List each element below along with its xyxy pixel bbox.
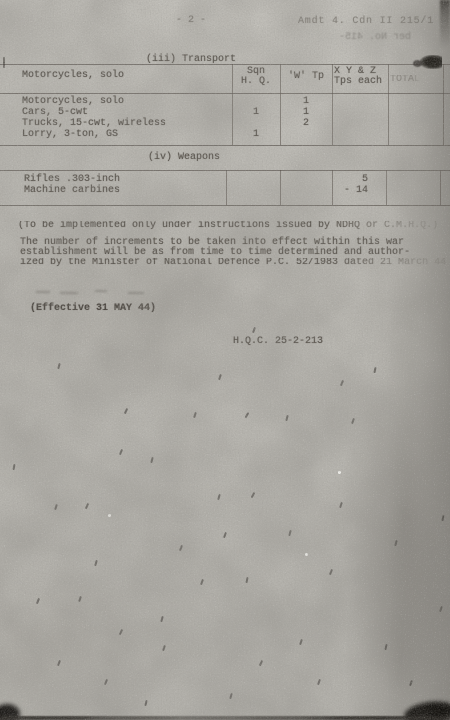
- scan-speck: [12, 464, 15, 470]
- scan-speck: [179, 545, 183, 551]
- column-header-w-tp: 'W' Tp: [280, 72, 332, 82]
- scan-fleck: [338, 471, 341, 474]
- scan-speck: [57, 660, 61, 666]
- table-row: Lorry, 3-ton, GS 1: [0, 130, 450, 141]
- file-reference: H.Q.C. 25-2-213: [233, 337, 323, 347]
- bleedthrough-smudge: [95, 290, 107, 292]
- scan-speck: [57, 363, 60, 369]
- cell-w-tp: 2: [280, 119, 332, 129]
- scan-speck: [299, 639, 302, 645]
- scan-speck: [124, 408, 128, 414]
- table-rule: [0, 64, 450, 65]
- cell-sqn-hq: 1: [232, 108, 280, 118]
- edge-shadow: [440, 0, 450, 48]
- scan-speck: [200, 579, 204, 585]
- increments-paragraph-line: establishment will be as from time to ti…: [20, 248, 410, 258]
- scan-speck: [36, 598, 40, 604]
- scan-speck: [373, 367, 376, 373]
- bleedthrough-smudge: [128, 292, 144, 294]
- scan-speck: [193, 412, 196, 418]
- scan-speck: [351, 418, 355, 424]
- table-rule: [0, 205, 450, 206]
- bleedthrough-smudge: [60, 292, 78, 294]
- bleedthrough-smudge: [36, 291, 50, 293]
- ink-blot: [420, 55, 442, 69]
- scan-speck: [259, 660, 263, 666]
- cell-item: Lorry, 3-ton, GS: [22, 130, 118, 140]
- page-number: - 2 -: [176, 16, 206, 26]
- scan-speck: [144, 700, 147, 706]
- table-rule: [0, 93, 450, 94]
- scan-speck: [217, 494, 220, 500]
- scan-speck: [223, 532, 227, 538]
- scan-speck: [85, 503, 89, 509]
- scan-speck: [288, 530, 291, 536]
- scan-speck: [329, 569, 333, 575]
- scan-speck: [119, 629, 123, 635]
- cell-item: Rifles .303-inch: [24, 175, 120, 185]
- scan-speck: [251, 492, 255, 498]
- scan-speck: [104, 679, 108, 685]
- scan-speck: [339, 502, 342, 508]
- edge-shadow: [0, 716, 450, 720]
- column-header-item: Motorcycles, solo: [22, 71, 124, 81]
- scan-speck: [245, 412, 249, 418]
- scan-speck: [229, 693, 232, 699]
- column-header-xyz-tps: Tps each: [334, 77, 382, 87]
- scan-speck: [160, 616, 163, 622]
- cell-item: Cars, 5-cwt: [22, 108, 88, 118]
- increments-paragraph-line: ized by the Minister of National Defence…: [20, 258, 446, 268]
- column-header-total: TOTAL: [390, 75, 420, 85]
- scanned-document-page: - 2 - Amdt 4. Cdn II 215/1 ber No. 415- …: [0, 0, 450, 720]
- column-header-sqn-hq: H. Q.: [232, 77, 280, 87]
- scan-speck: [245, 577, 248, 583]
- table-rule: [0, 145, 450, 146]
- cell-item: Motorcycles, solo: [22, 97, 124, 107]
- scan-speck: [78, 596, 81, 602]
- scan-speck: [441, 515, 444, 521]
- cell-item: Machine carbines: [24, 186, 120, 196]
- scan-speck: [150, 457, 153, 463]
- corner-shadow: [0, 704, 20, 720]
- cell-xyz-tps: 5: [332, 175, 368, 185]
- implementation-note: (To be implemented only under instructio…: [18, 221, 438, 231]
- scan-speck: [119, 449, 123, 455]
- cell-item: Trucks, 15-cwt, wireless: [22, 119, 166, 129]
- scan-speck: [409, 680, 412, 686]
- scan-speck: [384, 644, 387, 650]
- table-row: Machine carbines - 14: [0, 186, 450, 197]
- amendment-reference: Amdt 4. Cdn II 215/1: [298, 17, 434, 27]
- scan-speck: [394, 540, 397, 546]
- cell-sqn-hq: 1: [232, 130, 280, 140]
- corner-shadow: [403, 698, 450, 720]
- scan-speck: [439, 606, 442, 612]
- scan-speck: [162, 645, 165, 651]
- scan-speck: [54, 504, 57, 510]
- effective-date: (Effective 31 MAY 44): [30, 304, 156, 314]
- scan-fleck: [108, 514, 111, 517]
- scan-fleck: [305, 553, 308, 556]
- table-rule: [0, 170, 450, 171]
- weapons-section-heading: (iv) Weapons: [148, 153, 220, 163]
- scan-speck: [285, 415, 288, 421]
- scan-speck: [317, 679, 321, 685]
- scan-speck: [3, 62, 5, 68]
- cell-xyz-tps: - 14: [332, 186, 368, 196]
- scan-speck: [94, 560, 97, 566]
- scan-speck: [252, 327, 256, 333]
- cell-w-tp: 1: [280, 97, 332, 107]
- scan-speck: [218, 374, 221, 380]
- bleedthrough-mirrored-text: ber No. 415-: [310, 33, 440, 43]
- scan-speck: [340, 380, 344, 386]
- cell-w-tp: 1: [280, 108, 332, 118]
